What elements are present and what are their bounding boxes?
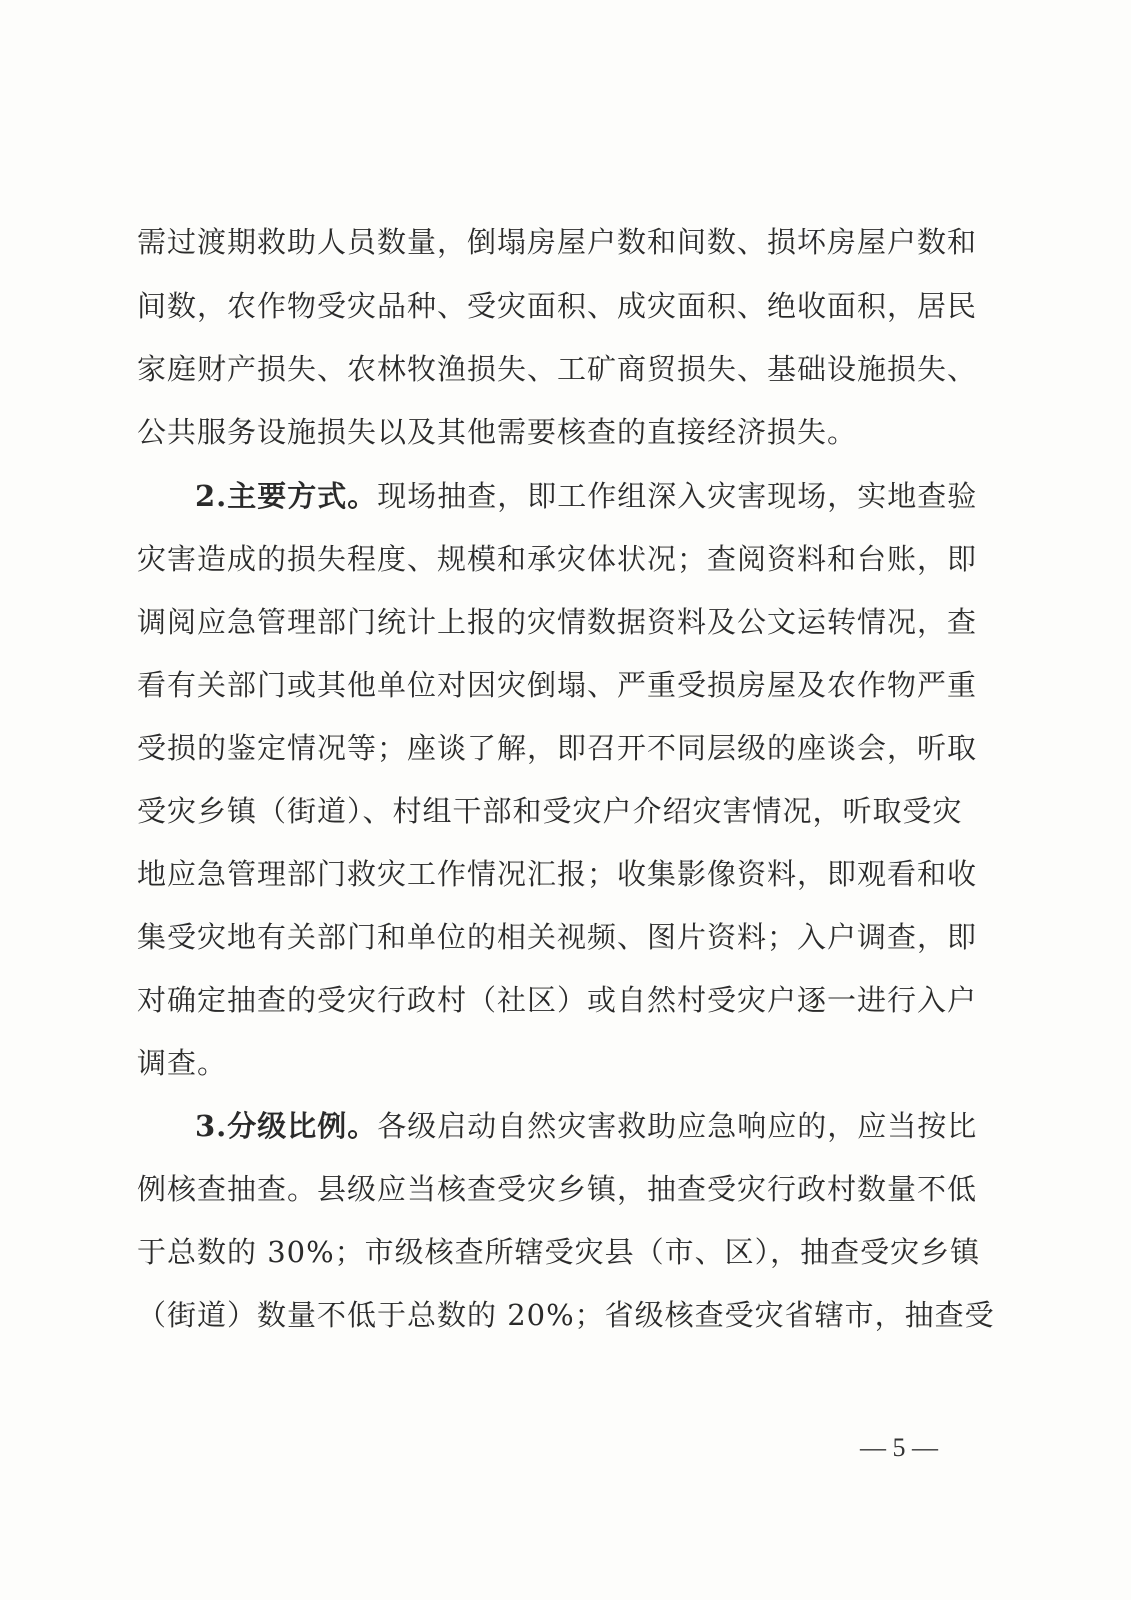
paragraph-2-line-4: 看有关部门或其他单位对因灾倒塌、严重受损房屋及农作物严重 xyxy=(137,665,935,705)
paragraph-1-line-4: 公共服务设施损失以及其他需要核查的直接经济损失。 xyxy=(137,412,935,452)
paragraph-3-line-4: （街道）数量不低于总数的 20%；省级核查受灾省辖市，抽查受 xyxy=(137,1295,935,1335)
section-heading-ratio: 3.分级比例。 xyxy=(195,1109,377,1143)
paragraph-2-line-6: 受灾乡镇（街道）、村组干部和受灾户介绍灾害情况，听取受灾 xyxy=(137,791,935,831)
paragraph-3-line-2: 例核查抽查。县级应当核查受灾乡镇，抽查受灾行政村数量不低 xyxy=(137,1169,935,1209)
paragraph-2-line-3: 调阅应急管理部门统计上报的灾情数据资料及公文运转情况，查 xyxy=(137,602,935,642)
document-page: 需过渡期救助人员数量，倒塌房屋户数和间数、损坏房屋户数和 间数，农作物受灾品种、… xyxy=(0,0,1131,1600)
paragraph-3-line-3: 于总数的 30%；市级核查所辖受灾县（市、区），抽查受灾乡镇 xyxy=(137,1232,935,1272)
paragraph-2-line-10: 调查。 xyxy=(137,1043,935,1083)
page-number: — 5 — xyxy=(860,1432,938,1464)
paragraph-2-line-7: 地应急管理部门救灾工作情况汇报；收集影像资料，即观看和收 xyxy=(137,854,935,894)
paragraph-1-line-2: 间数，农作物受灾品种、受灾面积、成灾面积、绝收面积，居民 xyxy=(137,286,935,326)
paragraph-1-line-1: 需过渡期救助人员数量，倒塌房屋户数和间数、损坏房屋户数和 xyxy=(137,222,935,262)
paragraph-2-line-9: 对确定抽查的受灾行政村（社区）或自然村受灾户逐一进行入户 xyxy=(137,980,935,1020)
paragraph-3-line-1: 3.分级比例。各级启动自然灾害救助应急响应的，应当按比 xyxy=(195,1106,935,1146)
paragraph-2-line-2: 灾害造成的损失程度、规模和承灾体状况；查阅资料和台账，即 xyxy=(137,539,935,579)
section-heading-methods: 2.主要方式。 xyxy=(195,479,377,513)
paragraph-2-line-5: 受损的鉴定情况等；座谈了解，即召开不同层级的座谈会，听取 xyxy=(137,728,935,768)
paragraph-3-line-1-text: 各级启动自然灾害救助应急响应的，应当按比 xyxy=(377,1109,977,1143)
paragraph-2-line-1-text: 现场抽查，即工作组深入灾害现场，实地查验 xyxy=(377,479,977,513)
paragraph-2-line-1: 2.主要方式。现场抽查，即工作组深入灾害现场，实地查验 xyxy=(195,476,935,516)
paragraph-2-line-8: 集受灾地有关部门和单位的相关视频、图片资料；入户调查，即 xyxy=(137,917,935,957)
paragraph-1-line-3: 家庭财产损失、农林牧渔损失、工矿商贸损失、基础设施损失、 xyxy=(137,349,935,389)
